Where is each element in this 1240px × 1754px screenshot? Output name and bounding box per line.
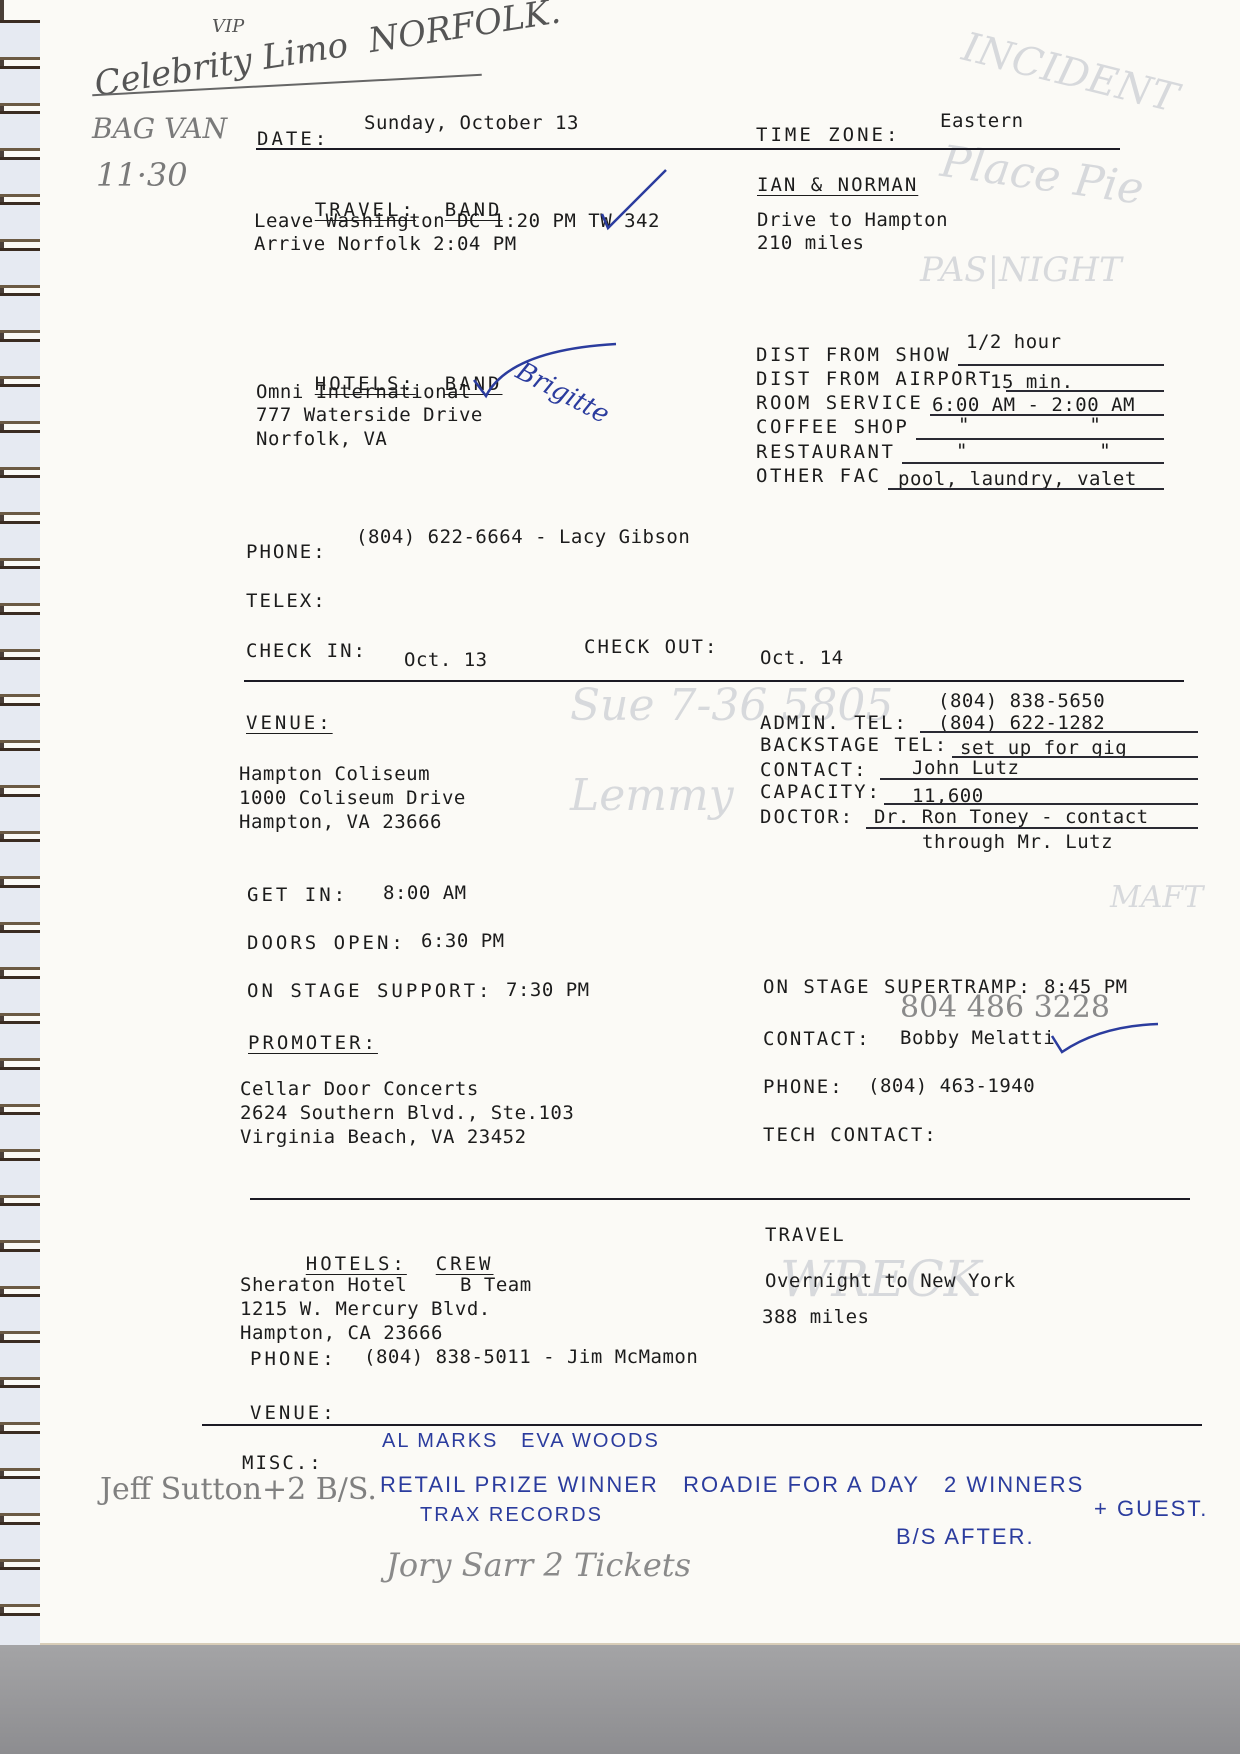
hotel-band-name: Omni International [256,381,471,404]
binding-ring [0,566,40,606]
capacity-label: CAPACITY: [760,781,881,804]
travel-next-line1: Overnight to New York [765,1270,1016,1293]
travel-band-line2: Arrive Norfolk 2:04 PM [254,233,517,256]
hotels-label: HOTELS: [306,1253,407,1275]
binding-ring [0,930,40,970]
tech-contact-label: TECH CONTACT: [763,1124,938,1147]
binding-ring [0,521,40,561]
binding-ring [0,1021,40,1061]
misc-note-bs-after: B/S AFTER. [896,1524,1035,1550]
binding-ring [0,475,40,515]
crew-hotel-team: B Team [460,1274,532,1297]
restaurant-value: " " [956,440,1111,463]
crew-hotel-address2: Hampton, CA 23666 [240,1322,443,1345]
binding-ring [0,657,40,697]
contact-value: John Lutz [912,757,1019,780]
field-line [1006,390,1164,392]
misc-note-trax: TRAX RECORDS [420,1504,603,1527]
handwritten-misc-bottom: Jory Sarr 2 Tickets [386,1546,691,1584]
checkout-label: CHECK OUT: [584,636,718,659]
binding-ring [0,794,40,834]
checkin-value: Oct. 13 [404,649,488,672]
checkin-label: CHECK IN: [246,640,367,663]
ghost-text: MAFT [1110,880,1203,915]
field-line [958,364,1164,366]
promoter-section-rule [250,1198,1190,1200]
promoter-address2: Virginia Beach, VA 23452 [240,1126,527,1149]
venue-address1: 1000 Coliseum Drive [239,787,466,810]
venue-address2: Hampton, VA 23666 [239,811,442,834]
ghost-text: Lemmy [570,770,734,821]
admin-tel-label: ADMIN. TEL: [760,712,908,735]
doors-open-value: 6:30 PM [421,930,505,953]
ian-norman-heading: IAN & NORMAN [757,174,918,197]
binding-ring [0,1522,40,1562]
get-in-label: GET IN: [247,884,348,907]
timezone-value: Eastern [940,110,1024,133]
support-label: ON STAGE SUPPORT: [247,980,492,1003]
promoter-address1: 2624 Southern Blvd., Ste.103 [240,1102,574,1125]
field-line [866,827,1198,829]
capacity-value: 11,600 [912,785,984,808]
binding-ring [0,20,40,60]
coffee-shop-label: COFFEE SHOP [756,416,909,439]
promoter-contact-value: Bobby Melatti [900,1027,1055,1050]
binding-ring [0,1203,40,1243]
ian-norman-line2: 210 miles [757,232,864,255]
crew-hotel-address1: 1215 W. Mercury Blvd. [240,1298,491,1321]
get-in-value: 8:00 AM [383,882,467,905]
crew-phone-label: PHONE: [250,1348,337,1371]
travel-next-label: TRAVEL [765,1224,846,1247]
footer-venue-rule [202,1424,1202,1426]
binding-ring [0,839,40,879]
telex-label: TELEX: [246,590,327,613]
hotel-band-address1: 777 Waterside Drive [256,404,483,427]
promoter-phone-label: PHONE: [763,1076,844,1099]
promoter-contact-label: CONTACT: [763,1028,871,1051]
restaurant-label: RESTAURANT [756,441,895,464]
binding-ring [0,111,40,151]
misc-note-prize: RETAIL PRIZE WINNER ROADIE FOR A DAY 2 W… [380,1472,1084,1498]
hotel-phone-value: (804) 622-6664 - Lacy Gibson [356,526,690,549]
dist-show-label: DIST FROM SHOW [756,344,951,367]
ghost-text: PAS|NIGHT [920,250,1122,290]
binding-ring [0,430,40,470]
checkmark-icon [600,166,670,236]
binding-ring [0,1340,40,1380]
binding-ring [0,66,40,106]
binding-ring [0,1067,40,1107]
travel-next-line2: 388 miles [762,1306,869,1329]
date-value: Sunday, October 13 [364,112,579,135]
crew-phone-value: (804) 838-5011 - Jim McMamon [364,1346,698,1369]
binding-ring [0,703,40,743]
binding-ring [0,1249,40,1289]
checkmark-icon [1050,1016,1160,1056]
hotel-band-address2: Norfolk, VA [256,428,387,451]
doctor-value-2: through Mr. Lutz [922,831,1113,854]
binding-ring [0,157,40,197]
binding-ring [0,748,40,788]
hotels-group: CREW [436,1253,494,1275]
other-fac-label: OTHER FAC [756,465,881,488]
field-line [888,488,1164,490]
timezone-label: TIME ZONE: [756,124,900,147]
handwritten-bag-van: BAG VAN [92,112,227,145]
field-line [902,462,1164,464]
binding-ring [0,1567,40,1607]
spiral-binding [0,0,44,1643]
dist-show-value: 1/2 hour [966,331,1062,354]
hotel-section-rule [244,680,1184,682]
ghost-text: INCIDENT [958,24,1183,122]
handwritten-limo-note: Celebrity Limo NORFOLK. [92,0,563,105]
field-line [920,731,1198,733]
handwritten-bag-van-time: 11·30 [96,156,188,194]
handwritten-vip-note: VIP [212,16,244,37]
binding-ring [0,1158,40,1198]
binding-ring [0,1294,40,1334]
doors-open-label: DOORS OPEN: [247,932,406,955]
binding-ring [0,1431,40,1471]
binding-ring [0,1476,40,1516]
venue-name: Hampton Coliseum [239,763,430,786]
field-line [880,778,1198,780]
support-value: 7:30 PM [506,979,590,1002]
checkout-value: Oct. 14 [760,647,844,670]
admin-tel-1: (804) 838-5650 [938,690,1105,713]
binding-ring [0,612,40,652]
contact-label: CONTACT: [760,759,868,782]
footer-venue-label: VENUE: [250,1402,337,1425]
itinerary-page: INCIDENT Place Pie PAS|NIGHT Sue 7-36 58… [0,0,1240,1645]
ian-norman-line1: Drive to Hampton [757,209,948,232]
binding-ring [0,1385,40,1425]
binding-ring [0,384,40,424]
misc-note-names: AL MARKS EVA WOODS [382,1430,660,1453]
doctor-label: DOCTOR: [760,806,854,829]
handwritten-misc-left: Jeff Sutton+2 B/S. [100,1472,377,1507]
coffee-shop-value: " " [958,414,1101,437]
venue-label: VENUE: [246,712,333,735]
doctor-value-1: Dr. Ron Toney - contact [874,806,1149,829]
binding-ring [0,293,40,333]
binding-ring [0,339,40,379]
header-rule [256,148,1120,150]
binding-ring [0,248,40,288]
hotel-phone-label: PHONE: [246,541,327,564]
binding-ring [0,202,40,242]
crew-hotel-name: Sheraton Hotel [240,1274,407,1297]
field-line [884,803,1198,805]
promoter-name: Cellar Door Concerts [240,1078,479,1101]
binding-ring [0,885,40,925]
room-service-label: ROOM SERVICE [756,392,923,415]
scan-background [0,1645,1240,1754]
backstage-tel-label: BACKSTAGE TEL: [760,734,948,757]
misc-note-guest: + GUEST. [1094,1496,1208,1522]
dist-airport-label: DIST FROM AIRPORT [756,368,993,391]
binding-ring [0,1112,40,1152]
promoter-label: PROMOTER: [248,1032,378,1055]
binding-ring [0,976,40,1016]
promoter-phone-value: (804) 463-1940 [868,1075,1035,1098]
